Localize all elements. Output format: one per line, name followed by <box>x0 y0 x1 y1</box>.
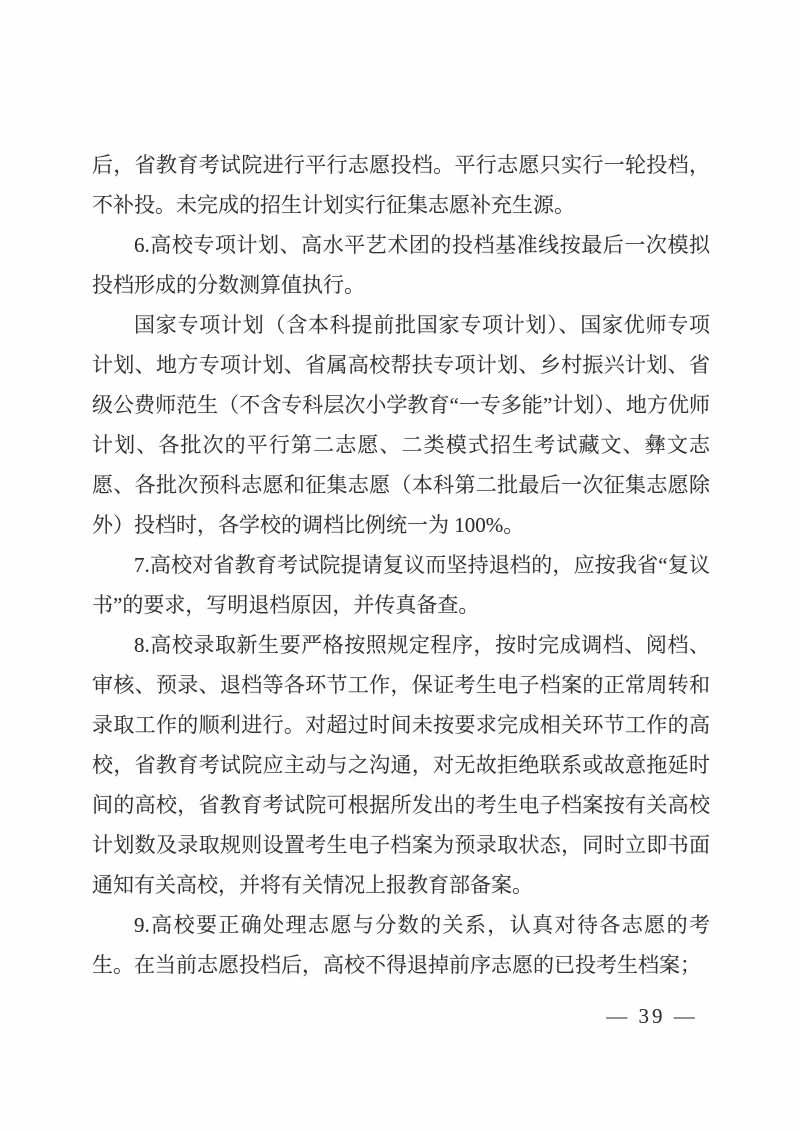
paragraph-special-plans: 国家专项计划（含本科提前批国家专项计划）、国家优师专项计划、地方专项计划、省属高… <box>92 305 710 545</box>
document-body: 后，省教育考试院进行平行志愿投档。平行志愿只实行一轮投档，不补投。未完成的招生计… <box>92 145 710 985</box>
paragraph-item-9: 9.高校要正确处理志愿与分数的关系，认真对待各志愿的考生。在当前志愿投档后，高校… <box>92 905 710 985</box>
paragraph-item-7: 7.高校对省教育考试院提请复议而坚持退档的，应按我省“复议书”的要求，写明退档原… <box>92 545 710 625</box>
paragraph-item-8: 8.高校录取新生要严格按照规定程序，按时完成调档、阅档、审核、预录、退档等各环节… <box>92 625 710 905</box>
paragraph-continuation: 后，省教育考试院进行平行志愿投档。平行志愿只实行一轮投档，不补投。未完成的招生计… <box>92 145 710 225</box>
document-page: 后，省教育考试院进行平行志愿投档。平行志愿只实行一轮投档，不补投。未完成的招生计… <box>0 0 800 1131</box>
paragraph-item-6: 6.高校专项计划、高水平艺术团的投档基准线按最后一次模拟投档形成的分数测算值执行… <box>92 225 710 305</box>
page-number: — 39 — <box>592 1004 712 1029</box>
